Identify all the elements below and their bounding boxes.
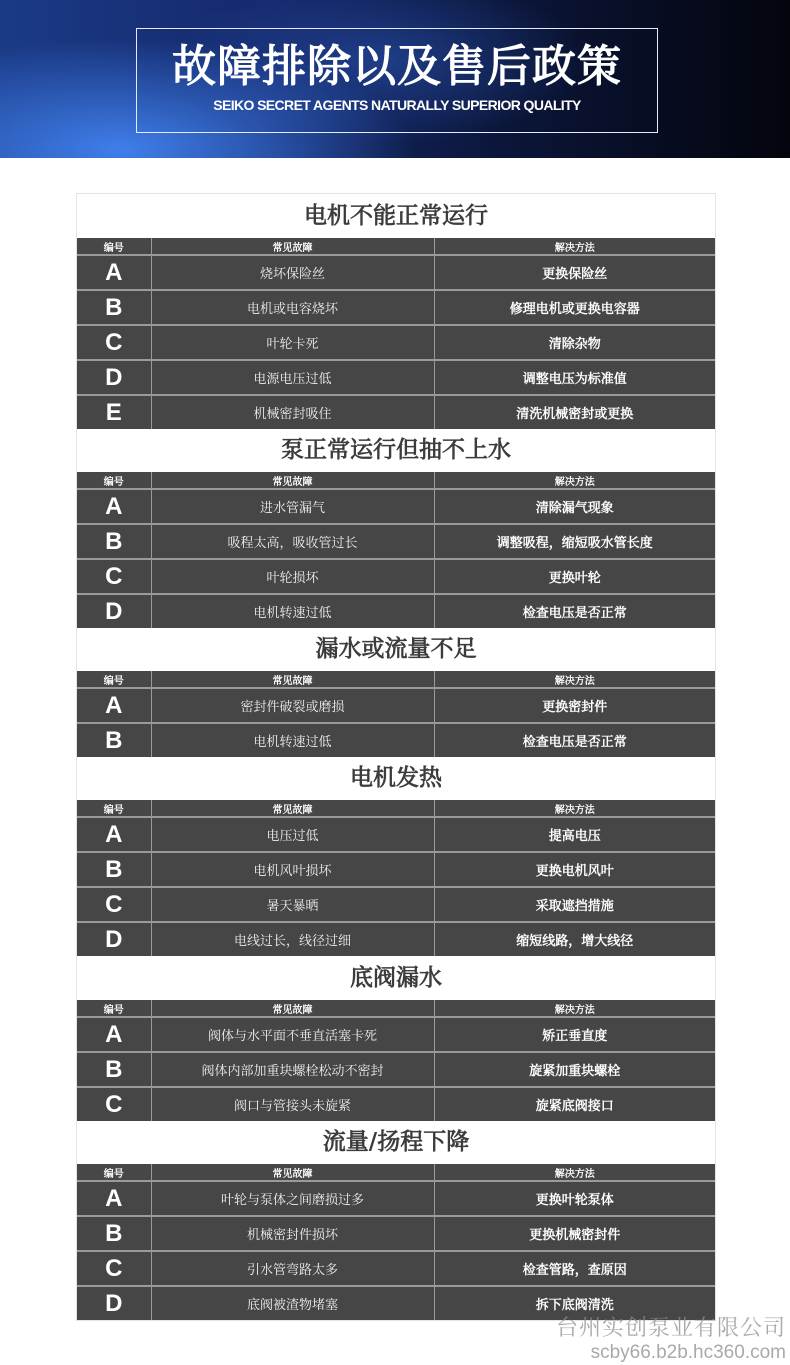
- column-header-fault: 常见故障: [151, 1164, 434, 1181]
- column-header-fault: 常见故障: [151, 800, 434, 817]
- row-fix: 清除杂物: [434, 325, 715, 360]
- row-code: B: [77, 524, 151, 559]
- fault-table: 编号常见故障解决方法A电压过低提高电压B电机风叶损坏更换电机风叶C暑天暴晒采取遮…: [77, 800, 715, 956]
- row-fix: 检查电压是否正常: [434, 723, 715, 757]
- column-header-code: 编号: [77, 1164, 151, 1181]
- row-fault: 电机风叶损坏: [151, 852, 434, 887]
- row-fault: 电线过长，线径过细: [151, 922, 434, 956]
- row-code: D: [77, 594, 151, 628]
- table-header-row: 编号常见故障解决方法: [77, 238, 715, 255]
- row-fix: 采取遮挡措施: [434, 887, 715, 922]
- column-header-code: 编号: [77, 800, 151, 817]
- page-subtitle: SEIKO SECRET AGENTS NATURALLY SUPERIOR Q…: [137, 97, 657, 113]
- table-row: B电机或电容烧坏修理电机或更换电容器: [77, 290, 715, 325]
- table-row: D底阀被渣物堵塞拆下底阀清洗: [77, 1286, 715, 1320]
- table-row: D电机转速过低检查电压是否正常: [77, 594, 715, 628]
- row-code: E: [77, 395, 151, 429]
- row-fix: 调整吸程，缩短吸水管长度: [434, 524, 715, 559]
- row-fault: 阀体内部加重块螺栓松动不密封: [151, 1052, 434, 1087]
- row-code: A: [77, 1017, 151, 1052]
- row-fix: 缩短线路，增大线径: [434, 922, 715, 956]
- fault-section: 漏水或流量不足编号常见故障解决方法A密封件破裂或磨损更换密封件B电机转速过低检查…: [77, 628, 715, 757]
- row-fault: 进水管漏气: [151, 489, 434, 524]
- fault-table: 编号常见故障解决方法A密封件破裂或磨损更换密封件B电机转速过低检查电压是否正常: [77, 671, 715, 757]
- table-row: A烧坏保险丝更换保险丝: [77, 255, 715, 290]
- row-fix: 检查电压是否正常: [434, 594, 715, 628]
- fault-section: 底阀漏水编号常见故障解决方法A阀体与水平面不垂直活塞卡死矫正垂直度B阀体内部加重…: [77, 956, 715, 1121]
- table-row: B电机转速过低检查电压是否正常: [77, 723, 715, 757]
- row-fix: 更换保险丝: [434, 255, 715, 290]
- fault-section: 电机发热编号常见故障解决方法A电压过低提高电压B电机风叶损坏更换电机风叶C暑天暴…: [77, 757, 715, 956]
- row-code: C: [77, 325, 151, 360]
- row-code: A: [77, 817, 151, 852]
- row-fix: 修理电机或更换电容器: [434, 290, 715, 325]
- table-row: B电机风叶损坏更换电机风叶: [77, 852, 715, 887]
- row-code: C: [77, 1087, 151, 1121]
- table-row: A阀体与水平面不垂直活塞卡死矫正垂直度: [77, 1017, 715, 1052]
- table-row: A电压过低提高电压: [77, 817, 715, 852]
- row-fix: 调整电压为标准值: [434, 360, 715, 395]
- header-banner: 故障排除以及售后政策 SEIKO SECRET AGENTS NATURALLY…: [0, 0, 790, 158]
- row-fault: 机械密封吸住: [151, 395, 434, 429]
- row-code: B: [77, 1052, 151, 1087]
- table-row: C引水管弯路太多检查管路，查原因: [77, 1251, 715, 1286]
- row-fault: 阀口与管接头未旋紧: [151, 1087, 434, 1121]
- row-fault: 电源电压过低: [151, 360, 434, 395]
- fault-section: 泵正常运行但抽不上水编号常见故障解决方法A进水管漏气清除漏气现象B吸程太高，吸收…: [77, 429, 715, 628]
- section-title: 漏水或流量不足: [77, 628, 715, 671]
- row-code: B: [77, 290, 151, 325]
- watermark-company: 台州实创泵业有限公司: [556, 1316, 786, 1342]
- banner-frame: 故障排除以及售后政策 SEIKO SECRET AGENTS NATURALLY…: [136, 28, 658, 133]
- row-code: B: [77, 723, 151, 757]
- table-row: D电源电压过低调整电压为标准值: [77, 360, 715, 395]
- row-fault: 电机转速过低: [151, 594, 434, 628]
- row-code: C: [77, 1251, 151, 1286]
- column-header-fix: 解决方法: [434, 472, 715, 489]
- row-fault: 引水管弯路太多: [151, 1251, 434, 1286]
- row-code: D: [77, 1286, 151, 1320]
- section-title: 流量/扬程下降: [77, 1121, 715, 1164]
- row-fault: 电压过低: [151, 817, 434, 852]
- section-title: 电机不能正常运行: [77, 194, 715, 238]
- column-header-fault: 常见故障: [151, 238, 434, 255]
- row-fault: 密封件破裂或磨损: [151, 688, 434, 723]
- row-code: A: [77, 688, 151, 723]
- row-fault: 暑天暴晒: [151, 887, 434, 922]
- row-fault: 阀体与水平面不垂直活塞卡死: [151, 1017, 434, 1052]
- row-fix: 旋紧加重块螺栓: [434, 1052, 715, 1087]
- row-fix: 更换叶轮泵体: [434, 1181, 715, 1216]
- column-header-fault: 常见故障: [151, 671, 434, 688]
- column-header-fault: 常见故障: [151, 1000, 434, 1017]
- row-code: A: [77, 489, 151, 524]
- row-code: A: [77, 1181, 151, 1216]
- row-fix: 旋紧底阀接口: [434, 1087, 715, 1121]
- row-fault: 电机或电容烧坏: [151, 290, 434, 325]
- section-title: 泵正常运行但抽不上水: [77, 429, 715, 472]
- table-row: C叶轮损坏更换叶轮: [77, 559, 715, 594]
- fault-table: 编号常见故障解决方法A进水管漏气清除漏气现象B吸程太高，吸收管过长调整吸程，缩短…: [77, 472, 715, 628]
- table-header-row: 编号常见故障解决方法: [77, 472, 715, 489]
- row-fault: 吸程太高，吸收管过长: [151, 524, 434, 559]
- table-row: C阀口与管接头未旋紧旋紧底阀接口: [77, 1087, 715, 1121]
- table-row: D电线过长，线径过细缩短线路，增大线径: [77, 922, 715, 956]
- table-row: A进水管漏气清除漏气现象: [77, 489, 715, 524]
- table-row: B阀体内部加重块螺栓松动不密封旋紧加重块螺栓: [77, 1052, 715, 1087]
- watermark: 台州实创泵业有限公司 scby66.b2b.hc360.com: [556, 1316, 786, 1364]
- section-title: 底阀漏水: [77, 956, 715, 1000]
- column-header-fix: 解决方法: [434, 671, 715, 688]
- column-header-code: 编号: [77, 1000, 151, 1017]
- row-fix: 清除漏气现象: [434, 489, 715, 524]
- row-fix: 提高电压: [434, 817, 715, 852]
- table-row: C暑天暴晒采取遮挡措施: [77, 887, 715, 922]
- fault-section: 流量/扬程下降编号常见故障解决方法A叶轮与泵体之间磨损过多更换叶轮泵体B机械密封…: [77, 1121, 715, 1320]
- row-fault: 叶轮损坏: [151, 559, 434, 594]
- column-header-code: 编号: [77, 238, 151, 255]
- row-code: C: [77, 559, 151, 594]
- table-header-row: 编号常见故障解决方法: [77, 671, 715, 688]
- row-fault: 电机转速过低: [151, 723, 434, 757]
- row-code: C: [77, 887, 151, 922]
- table-header-row: 编号常见故障解决方法: [77, 1000, 715, 1017]
- column-header-code: 编号: [77, 472, 151, 489]
- fault-section: 电机不能正常运行编号常见故障解决方法A烧坏保险丝更换保险丝B电机或电容烧坏修理电…: [77, 194, 715, 429]
- row-fix: 检查管路，查原因: [434, 1251, 715, 1286]
- row-fix: 拆下底阀清洗: [434, 1286, 715, 1320]
- column-header-fix: 解决方法: [434, 1000, 715, 1017]
- row-code: D: [77, 360, 151, 395]
- row-fault: 叶轮卡死: [151, 325, 434, 360]
- row-fix: 更换密封件: [434, 688, 715, 723]
- table-row: B机械密封件损坏更换机械密封件: [77, 1216, 715, 1251]
- row-fix: 矫正垂直度: [434, 1017, 715, 1052]
- column-header-fix: 解决方法: [434, 1164, 715, 1181]
- row-fix: 更换叶轮: [434, 559, 715, 594]
- table-row: A叶轮与泵体之间磨损过多更换叶轮泵体: [77, 1181, 715, 1216]
- row-code: B: [77, 852, 151, 887]
- table-row: A密封件破裂或磨损更换密封件: [77, 688, 715, 723]
- row-code: A: [77, 255, 151, 290]
- column-header-fix: 解决方法: [434, 238, 715, 255]
- table-row: C叶轮卡死清除杂物: [77, 325, 715, 360]
- fault-table: 编号常见故障解决方法A叶轮与泵体之间磨损过多更换叶轮泵体B机械密封件损坏更换机械…: [77, 1164, 715, 1320]
- row-fault: 底阀被渣物堵塞: [151, 1286, 434, 1320]
- table-row: E机械密封吸住清洗机械密封或更换: [77, 395, 715, 429]
- row-fix: 清洗机械密封或更换: [434, 395, 715, 429]
- page-title: 故障排除以及售后政策: [137, 41, 657, 93]
- row-fault: 叶轮与泵体之间磨损过多: [151, 1181, 434, 1216]
- fault-table: 编号常见故障解决方法A阀体与水平面不垂直活塞卡死矫正垂直度B阀体内部加重块螺栓松…: [77, 1000, 715, 1121]
- fault-table: 编号常见故障解决方法A烧坏保险丝更换保险丝B电机或电容烧坏修理电机或更换电容器C…: [77, 238, 715, 429]
- table-header-row: 编号常见故障解决方法: [77, 1164, 715, 1181]
- row-code: B: [77, 1216, 151, 1251]
- row-fault: 机械密封件损坏: [151, 1216, 434, 1251]
- row-code: D: [77, 922, 151, 956]
- troubleshooting-panel: 电机不能正常运行编号常见故障解决方法A烧坏保险丝更换保险丝B电机或电容烧坏修理电…: [76, 193, 716, 1321]
- column-header-fault: 常见故障: [151, 472, 434, 489]
- table-header-row: 编号常见故障解决方法: [77, 800, 715, 817]
- section-title: 电机发热: [77, 757, 715, 800]
- row-fault: 烧坏保险丝: [151, 255, 434, 290]
- row-fix: 更换机械密封件: [434, 1216, 715, 1251]
- column-header-code: 编号: [77, 671, 151, 688]
- row-fix: 更换电机风叶: [434, 852, 715, 887]
- table-row: B吸程太高，吸收管过长调整吸程，缩短吸水管长度: [77, 524, 715, 559]
- watermark-site: scby66.b2b.hc360.com: [556, 1342, 786, 1364]
- column-header-fix: 解决方法: [434, 800, 715, 817]
